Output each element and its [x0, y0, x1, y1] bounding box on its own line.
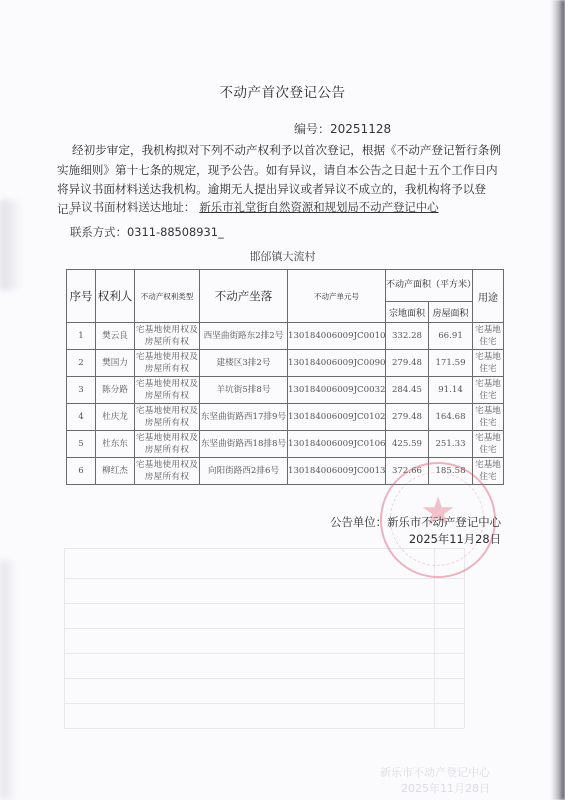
ghost-date: 2025年11月28日 — [380, 781, 490, 797]
cell-location: 东坚曲街路西17排9号 — [200, 404, 288, 431]
cell-land-area: 279.48 — [386, 350, 429, 377]
cell-house-area: 251.33 — [429, 431, 473, 458]
cell-land-area: 372.66 — [386, 458, 429, 485]
cell-use: 宅基地住宅 — [473, 431, 504, 458]
header-unit-no: 不动产单元号 — [288, 270, 386, 323]
cell-house-area: 66.91 — [429, 323, 473, 350]
cell-owner: 柳红杰 — [96, 458, 135, 485]
table-row: 3陈分路宅基地使用权及房屋所有权羊坑街5排8号130184006009JC003… — [67, 377, 504, 404]
cell-use: 宅基地住宅 — [473, 323, 504, 350]
document-number-label: 编号： — [294, 122, 330, 136]
cell-owner: 樊云良 — [96, 323, 135, 350]
cell-right-type: 宅基地使用权及房屋所有权 — [135, 431, 200, 458]
table-row: 5杜东东宅基地使用权及房屋所有权东坚曲街路西18排8号130184006009J… — [67, 431, 504, 458]
issuer-block: 公告单位：新乐市不动产登记中心 2025年11月28日 — [330, 514, 501, 548]
header-use: 用途 — [473, 270, 504, 323]
header-house-area: 房屋面积 — [429, 302, 473, 323]
table-row: 4杜庆龙宅基地使用权及房屋所有权东坚曲街路西17排9号130184006009J… — [67, 404, 504, 431]
cell-location: 西坚曲街路东2排2号 — [200, 323, 288, 350]
ghost-issuer: 新乐市不动产登记中心 — [380, 765, 490, 781]
cell-use: 宅基地住宅 — [473, 458, 504, 485]
cell-seq: 1 — [67, 323, 96, 350]
cell-seq: 5 — [67, 431, 96, 458]
objection-address-label: 异议书面材料送达地址： — [70, 200, 195, 214]
table-row: 1樊云良宅基地使用权及房屋所有权西坚曲街路东2排2号130184006009JC… — [67, 323, 504, 350]
cell-land-area: 284.45 — [386, 377, 429, 404]
table-row: 6柳红杰宅基地使用权及房屋所有权向阳街路西2排6号130184006009JC0… — [67, 458, 504, 485]
cell-unit-no: 130184006009JC01027 — [288, 404, 386, 431]
bleed-through-ghost — [64, 548, 464, 758]
cell-unit-no: 130184006009JC01065 — [288, 431, 386, 458]
cell-house-area: 164.68 — [429, 404, 473, 431]
objection-address: 异议书面材料送达地址：新乐市礼堂街自然资源和规划局不动产登记中心 — [70, 199, 439, 215]
objection-address-value: 新乐市礼堂街自然资源和规划局不动产登记中心 — [199, 200, 438, 214]
cell-owner: 樊国力 — [96, 350, 135, 377]
cell-seq: 4 — [67, 404, 96, 431]
table-row: 2樊国力宅基地使用权及房屋所有权建楼区3排2号130184006009JC009… — [67, 350, 504, 377]
cell-location: 建楼区3排2号 — [200, 350, 288, 377]
cell-house-area: 171.59 — [429, 350, 473, 377]
cell-land-area: 279.48 — [386, 404, 429, 431]
cell-location: 东坚曲街路西18排8号 — [200, 431, 288, 458]
document-number: 编号：20251128 — [294, 120, 391, 137]
cell-unit-no: 130184006009JC00134 — [288, 458, 386, 485]
contact-info: 联系方式：0311-88508931_ — [70, 224, 224, 240]
cell-owner: 陈分路 — [96, 377, 135, 404]
cell-unit-no: 130184006009JC00903 — [288, 350, 386, 377]
registration-table: 序号 权利人 不动产权利类型 不动产坐落 不动产单元号 不动产面积（平方米） 用… — [66, 269, 504, 485]
issuer-label: 公告单位： — [330, 515, 387, 529]
header-land-area: 宗地面积 — [386, 302, 429, 323]
contact-label: 联系方式： — [70, 225, 127, 239]
header-owner: 权利人 — [96, 270, 135, 323]
cell-house-area: 91.14 — [429, 377, 473, 404]
scan-smudge — [0, 200, 22, 290]
bleed-through-signer: 新乐市不动产登记中心 2025年11月28日 — [380, 765, 490, 797]
issuer-name: 新乐市不动产登记中心 — [387, 515, 501, 529]
cell-owner: 杜庆龙 — [96, 404, 135, 431]
cell-land-area: 332.28 — [386, 323, 429, 350]
header-location: 不动产坐落 — [200, 270, 288, 323]
header-area-group: 不动产面积（平方米） — [386, 270, 473, 302]
cell-unit-no: 130184006009JC00109 — [288, 323, 386, 350]
cell-right-type: 宅基地使用权及房屋所有权 — [135, 350, 200, 377]
cell-use: 宅基地住宅 — [473, 377, 504, 404]
cell-right-type: 宅基地使用权及房屋所有权 — [135, 323, 200, 350]
cell-location: 向阳街路西2排6号 — [200, 458, 288, 485]
cell-seq: 6 — [67, 458, 96, 485]
header-right-type: 不动产权利类型 — [135, 270, 200, 323]
scan-smudge — [0, 560, 18, 800]
cell-owner: 杜东东 — [96, 431, 135, 458]
document-number-value: 20251128 — [330, 122, 391, 136]
cell-use: 宅基地住宅 — [473, 350, 504, 377]
contact-value: 0311-88508931_ — [127, 225, 224, 239]
cell-use: 宅基地住宅 — [473, 404, 504, 431]
cell-right-type: 宅基地使用权及房屋所有权 — [135, 377, 200, 404]
cell-land-area: 425.59 — [386, 431, 429, 458]
document-title: 不动产首次登记公告 — [0, 81, 565, 101]
header-seq: 序号 — [67, 270, 96, 323]
cell-seq: 2 — [67, 350, 96, 377]
cell-location: 羊坑街5排8号 — [200, 377, 288, 404]
cell-house-area: 185.58 — [429, 458, 473, 485]
cell-seq: 3 — [67, 377, 96, 404]
cell-right-type: 宅基地使用权及房屋所有权 — [135, 458, 200, 485]
cell-unit-no: 130184006009JC00320 — [288, 377, 386, 404]
village-name: 邯邰镇大流村 — [0, 248, 565, 264]
cell-right-type: 宅基地使用权及房屋所有权 — [135, 404, 200, 431]
issuer-line: 公告单位：新乐市不动产登记中心 — [330, 514, 501, 531]
issue-date: 2025年11月28日 — [330, 531, 501, 548]
scan-edge-shadow — [551, 0, 565, 800]
